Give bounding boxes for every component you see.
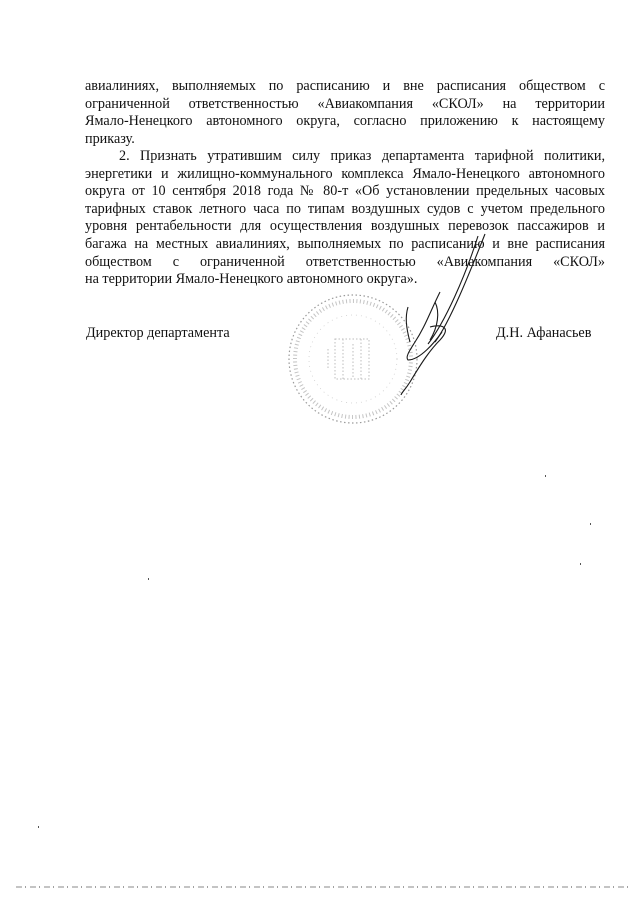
scan-edge-line: [16, 886, 628, 888]
paragraph-2: 2. Признать утратившим силу приказ депар…: [85, 148, 605, 289]
text-line: на территории Ямало-Ненецкого автономног…: [85, 271, 605, 289]
scan-speck: [545, 475, 546, 477]
text-line: 2. Признать утратившим силу приказ депар…: [85, 148, 605, 166]
paragraph-1: авиалиниях, выполняемых по расписанию и …: [85, 78, 605, 148]
text-line: округа от 10 сентября 2018 года № 80-т «…: [85, 183, 605, 201]
text-line: авиалиниях, выполняемых по расписанию и …: [85, 78, 605, 96]
document-page: авиалиниях, выполняемых по расписанию и …: [0, 0, 640, 905]
text-line: энергетики и жилищно-коммунального компл…: [85, 166, 605, 184]
scan-speck: [590, 523, 591, 525]
scan-speck: [580, 563, 581, 565]
scan-speck: [148, 578, 149, 580]
text-line: багажа на местных авиалиниях, выполняемы…: [85, 236, 605, 254]
signature-icon: [380, 232, 490, 402]
text-line: тарифных ставок летного часа по типам во…: [85, 201, 605, 219]
text-line: Ямало-Ненецкого автономного округа, согл…: [85, 113, 605, 131]
signatory-name: Д.Н. Афанасьев: [496, 325, 591, 342]
signatory-position: Директор департамента: [86, 325, 230, 342]
text-line: ограниченной ответственностью «Авиакомпа…: [85, 96, 605, 114]
text-line: обществом с ограниченной ответственность…: [85, 254, 605, 272]
text-line: уровня рентабельности для осуществления …: [85, 218, 605, 236]
scan-speck: [38, 826, 39, 828]
text-line: приказу.: [85, 131, 605, 149]
